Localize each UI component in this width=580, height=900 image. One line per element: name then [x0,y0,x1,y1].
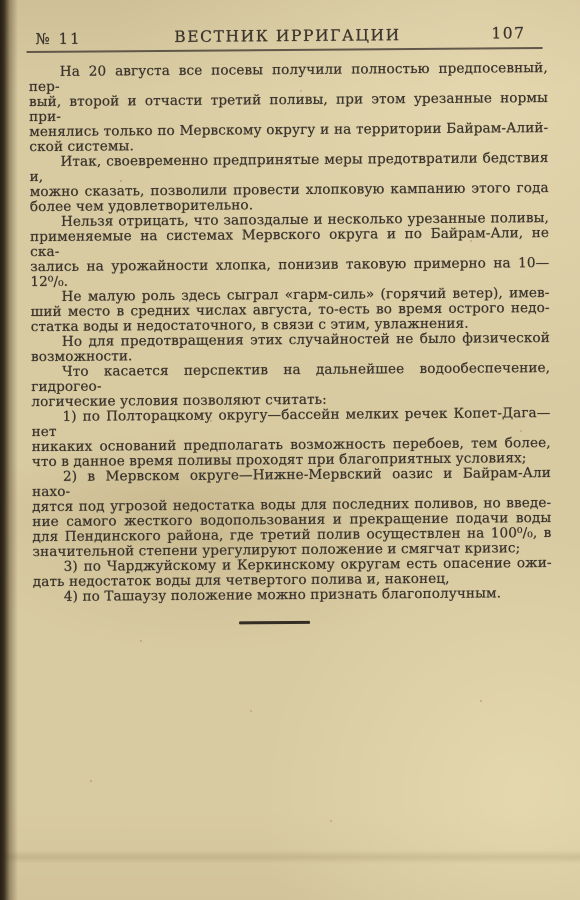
paragraph: 4) по Ташаузу положение можно признать б… [33,586,552,605]
paragraph: Не малую роль здесь сыграл «гарм-силь» (… [30,286,549,335]
page-header: № 11 ВЕСТНИК ИРРИГАЦИИ 107 [33,24,541,50]
text-line: 4) по Ташаузу положение можно признать б… [33,586,552,605]
paragraph: На 20 августа все посевы получили полнос… [29,61,549,155]
paragraph: 1) по Полторацкому округу—бассейн мелких… [31,406,550,470]
page-content: № 11 ВЕСТНИК ИРРИГАЦИИ 107 На 20 августа… [0,0,580,900]
paragraph: Нельзя отрицать, что запоздалые и нескол… [30,211,550,290]
journal-title: ВЕСТНИК ИРРИГАЦИИ [33,25,541,47]
page-left-edge [0,0,18,900]
page-scan: № 11 ВЕСТНИК ИРРИГАЦИИ 107 На 20 августа… [0,0,580,900]
article-body: На 20 августа все посевы получили полнос… [29,61,552,605]
text-line: Что касается перспектив на дальнейшее во… [31,361,550,395]
paragraph: Итак, своевременно предпринятые меры пре… [29,151,548,215]
paragraph: 2) в Мервском округе—Нижне-Мервский оази… [32,466,552,560]
page-number: 107 [491,24,525,42]
paragraph: Что касается перспектив на дальнейшее во… [31,361,550,410]
section-divider [239,621,310,624]
